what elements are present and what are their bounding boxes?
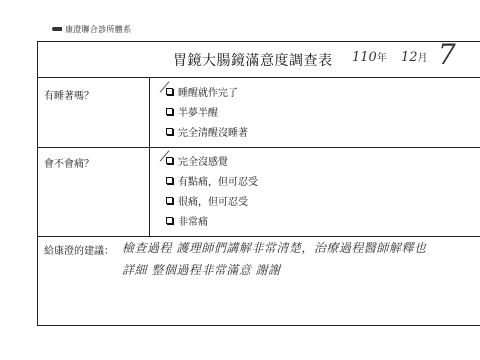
- logo-icon: [52, 27, 62, 31]
- divider: [38, 236, 480, 237]
- option-very-painful-tolerable[interactable]: 很痛，但可忍受: [166, 190, 258, 210]
- options-sleep: 睡醒就作完了 半夢半醒 完全清醒沒睡著: [166, 81, 248, 141]
- options-pain: 完全沒感覺 有點痛，但可忍受 很痛，但可忍受 非常痛: [166, 150, 258, 230]
- month-handwritten: 12: [401, 50, 418, 65]
- checkbox-icon[interactable]: [166, 217, 173, 224]
- date-field: 110年 12月: [352, 49, 428, 65]
- year-label: 年: [377, 53, 387, 64]
- checkbox-icon[interactable]: [166, 108, 173, 115]
- divider: [38, 77, 480, 78]
- year-handwritten: 110: [352, 50, 377, 65]
- checkbox-checked-icon[interactable]: [166, 88, 173, 95]
- checkbox-checked-icon[interactable]: [166, 157, 173, 164]
- checkbox-icon[interactable]: [166, 177, 173, 184]
- question-pain: 會不會痛？: [44, 155, 94, 170]
- suggestion-label: 給康澄的建議：: [44, 242, 114, 257]
- option-fully-awake[interactable]: 完全清醒沒睡著: [166, 121, 248, 141]
- option-no-feeling[interactable]: 完全沒感覺: [166, 150, 258, 170]
- checkbox-icon[interactable]: [166, 128, 173, 135]
- option-half-asleep[interactable]: 半夢半醒: [166, 101, 248, 121]
- organization-name: 康澄聯合診所體系: [65, 25, 131, 34]
- option-awake-done[interactable]: 睡醒就作完了: [166, 81, 248, 101]
- title-row: 胃鏡大腸鏡滿意度調查表 110年 12月 7: [38, 42, 478, 78]
- day-handwritten: 7: [438, 38, 456, 71]
- option-extremely-painful[interactable]: 非常痛: [166, 210, 258, 230]
- column-divider: [149, 77, 150, 237]
- suggestion-handwritten-line2: 詳細 整個過程非常滿意 謝謝: [122, 261, 281, 278]
- survey-table: 胃鏡大腸鏡滿意度調查表 110年 12月 7 有睡著嗎？ 睡醒就作完了 半夢半醒…: [37, 41, 480, 326]
- form-title: 胃鏡大腸鏡滿意度調查表: [173, 50, 333, 70]
- suggestion-handwritten-line1: 檢查過程 護理師們講解非常清楚，治療過程醫師解釋也: [122, 239, 426, 256]
- month-label: 月: [418, 53, 428, 64]
- question-sleep: 有睡著嗎？: [44, 87, 94, 102]
- option-slight-pain[interactable]: 有點痛，但可忍受: [166, 170, 258, 190]
- divider: [38, 147, 480, 148]
- checkbox-icon[interactable]: [166, 197, 173, 204]
- organization-header: 康澄聯合診所體系: [52, 24, 131, 35]
